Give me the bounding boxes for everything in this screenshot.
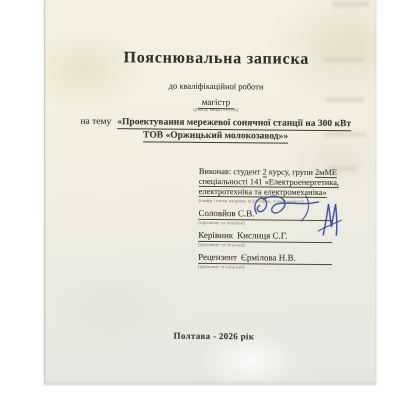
topic-prefix: на тему [80, 117, 111, 127]
student-signature-icon [249, 193, 321, 224]
executor-text: курсу, групи [267, 167, 315, 176]
signatory-caption: (прізвище та ініціали) [198, 264, 358, 270]
page-title: Пояснювальна записка [56, 49, 377, 70]
supervisor-signature-icon [314, 200, 344, 238]
page-subtitle: до кваліфікаційної роботи [56, 80, 377, 93]
executor-text: Виконав: студент [199, 167, 263, 177]
scanned-page-photo: Пояснювальна записка до кваліфікаційної … [0, 0, 400, 400]
group-code: 2мМЕ [315, 168, 337, 178]
signatory-name: Єрмілова Н.В. [241, 252, 296, 262]
topic-text-line-2: ТОВ «Оржицький молокозавод»» [143, 130, 288, 143]
signatory-caption: (прізвище та ініціали) [198, 242, 358, 248]
city-year-footer: Полтава - 2026 рік [53, 330, 374, 343]
signatory-name: Соловйов С.В. [198, 208, 254, 218]
signatory-role: Керівник [198, 230, 233, 240]
signatory-role: Рецензент [198, 252, 237, 262]
topic-block: на тему«Проектування мережевої сонячної … [55, 116, 376, 145]
signatory-name: Кислиця С.Г. [237, 230, 287, 240]
page-content: Пояснювальна записка до кваліфікаційної … [43, 0, 377, 385]
title-page: Пояснювальна записка до кваліфікаційної … [44, 0, 376, 384]
